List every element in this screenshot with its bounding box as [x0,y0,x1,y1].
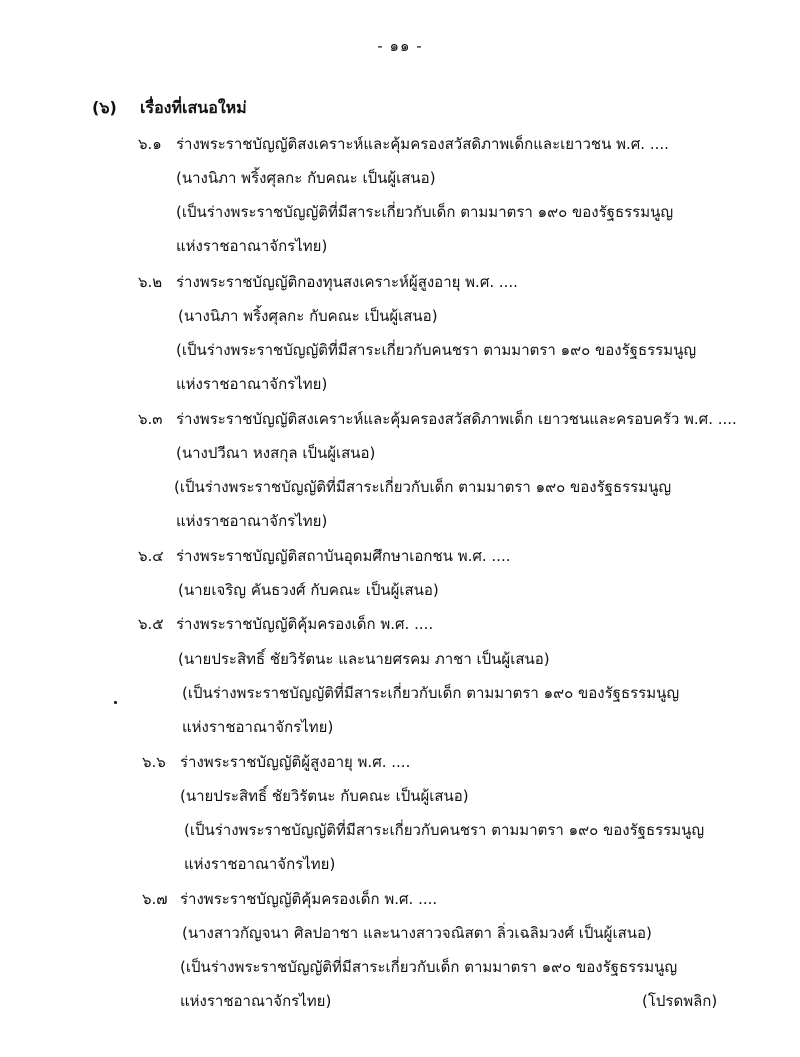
item-note: (เป็นร่างพระราชบัญญัติที่มีสาระเกี่ยวกับ… [174,477,671,497]
item-note-cont: แห่งราชอาณาจักรไทย) [182,717,333,737]
item-note-cont: แห่งราชอาณาจักรไทย) [180,991,331,1011]
item-note-cont: แห่งราชอาณาจักรไทย) [176,511,327,531]
scan-speck [114,701,117,704]
item-number: ๖.๑ [138,134,176,154]
item-title: ร่างพระราชบัญญัติสงเคราะห์และคุ้มครองสวั… [176,135,669,153]
item-title-line: ๖.๕ร่างพระราชบัญญัติคุ้มครองเด็ก พ.ศ. ..… [138,614,433,634]
item-note-cont: แห่งราชอาณาจักรไทย) [176,236,327,256]
item-title: ร่างพระราชบัญญัติคุ้มครองเด็ก พ.ศ. .... [180,890,437,908]
item-note-cont: แห่งราชอาณาจักรไทย) [184,854,335,874]
item-proposer: (นายประสิทธิ์ ชัยวิรัตนะ กับคณะ เป็นผู้เ… [180,786,469,806]
item-number: ๖.๒ [138,272,176,292]
item-note: (เป็นร่างพระราชบัญญัติที่มีสาระเกี่ยวกับ… [176,202,673,222]
page-number: - ๑๑ - [0,34,800,58]
item-title-line: ๖.๓ร่างพระราชบัญญัติสงเคราะห์และคุ้มครอง… [138,409,737,429]
item-proposer: (นางสาวกัญจนา ศิลปอาชา และนางสาวจณิสตา ล… [182,923,652,943]
section-title: เรื่องที่เสนอใหม่ [140,98,247,117]
item-title-line: ๖.๔ร่างพระราชบัญญัติสถาบันอุดมศึกษาเอกชน… [138,546,510,566]
item-title: ร่างพระราชบัญญัติกองทุนสงเคราะห์ผู้สูงอา… [176,273,518,291]
item-note: (เป็นร่างพระราชบัญญัติที่มีสาระเกี่ยวกับ… [176,340,696,360]
item-note: (เป็นร่างพระราชบัญญัติที่มีสาระเกี่ยวกับ… [180,957,677,977]
section-number: (๖) [92,98,140,118]
item-proposer: (นางปวีณา หงสกุล เป็นผู้เสนอ) [176,443,375,463]
item-number: ๖.๔ [138,546,176,566]
item-note-cont: แห่งราชอาณาจักรไทย) [176,374,327,394]
item-note: (เป็นร่างพระราชบัญญัติที่มีสาระเกี่ยวกับ… [182,683,679,703]
item-proposer: (นางนิภา พริ้งศุลกะ กับคณะ เป็นผู้เสนอ) [176,168,436,188]
item-number: ๖.๗ [142,889,180,909]
item-title: ร่างพระราชบัญญัติคุ้มครองเด็ก พ.ศ. .... [176,615,433,633]
item-note: (เป็นร่างพระราชบัญญัติที่มีสาระเกี่ยวกับ… [184,820,704,840]
item-title-line: ๖.๖ร่างพระราชบัญญัติผู้สูงอายุ พ.ศ. .... [142,752,410,772]
section-heading: (๖)เรื่องที่เสนอใหม่ [92,98,247,118]
item-proposer: (นางนิภา พริ้งศุลกะ กับคณะ เป็นผู้เสนอ) [178,306,438,326]
item-title: ร่างพระราชบัญญัติสงเคราะห์และคุ้มครองสวั… [176,410,737,428]
item-number: ๖.๖ [142,752,180,772]
item-title-line: ๖.๒ร่างพระราชบัญญัติกองทุนสงเคราะห์ผู้สู… [138,272,518,292]
item-title: ร่างพระราชบัญญัติสถาบันอุดมศึกษาเอกชน พ.… [176,547,510,565]
item-number: ๖.๓ [138,409,176,429]
item-title-line: ๖.๑ร่างพระราชบัญญัติสงเคราะห์และคุ้มครอง… [138,134,669,154]
item-proposer: (นายเจริญ คันธวงศ์ กับคณะ เป็นผู้เสนอ) [178,580,439,600]
item-number: ๖.๕ [138,614,176,634]
item-title-line: ๖.๗ร่างพระราชบัญญัติคุ้มครองเด็ก พ.ศ. ..… [142,889,437,909]
item-proposer: (นายประสิทธิ์ ชัยวิรัตนะ และนายศรคม ภาชา… [178,649,550,669]
item-title: ร่างพระราชบัญญัติผู้สูงอายุ พ.ศ. .... [180,753,410,771]
turn-over-note: (โปรดพลิก) [642,991,717,1011]
